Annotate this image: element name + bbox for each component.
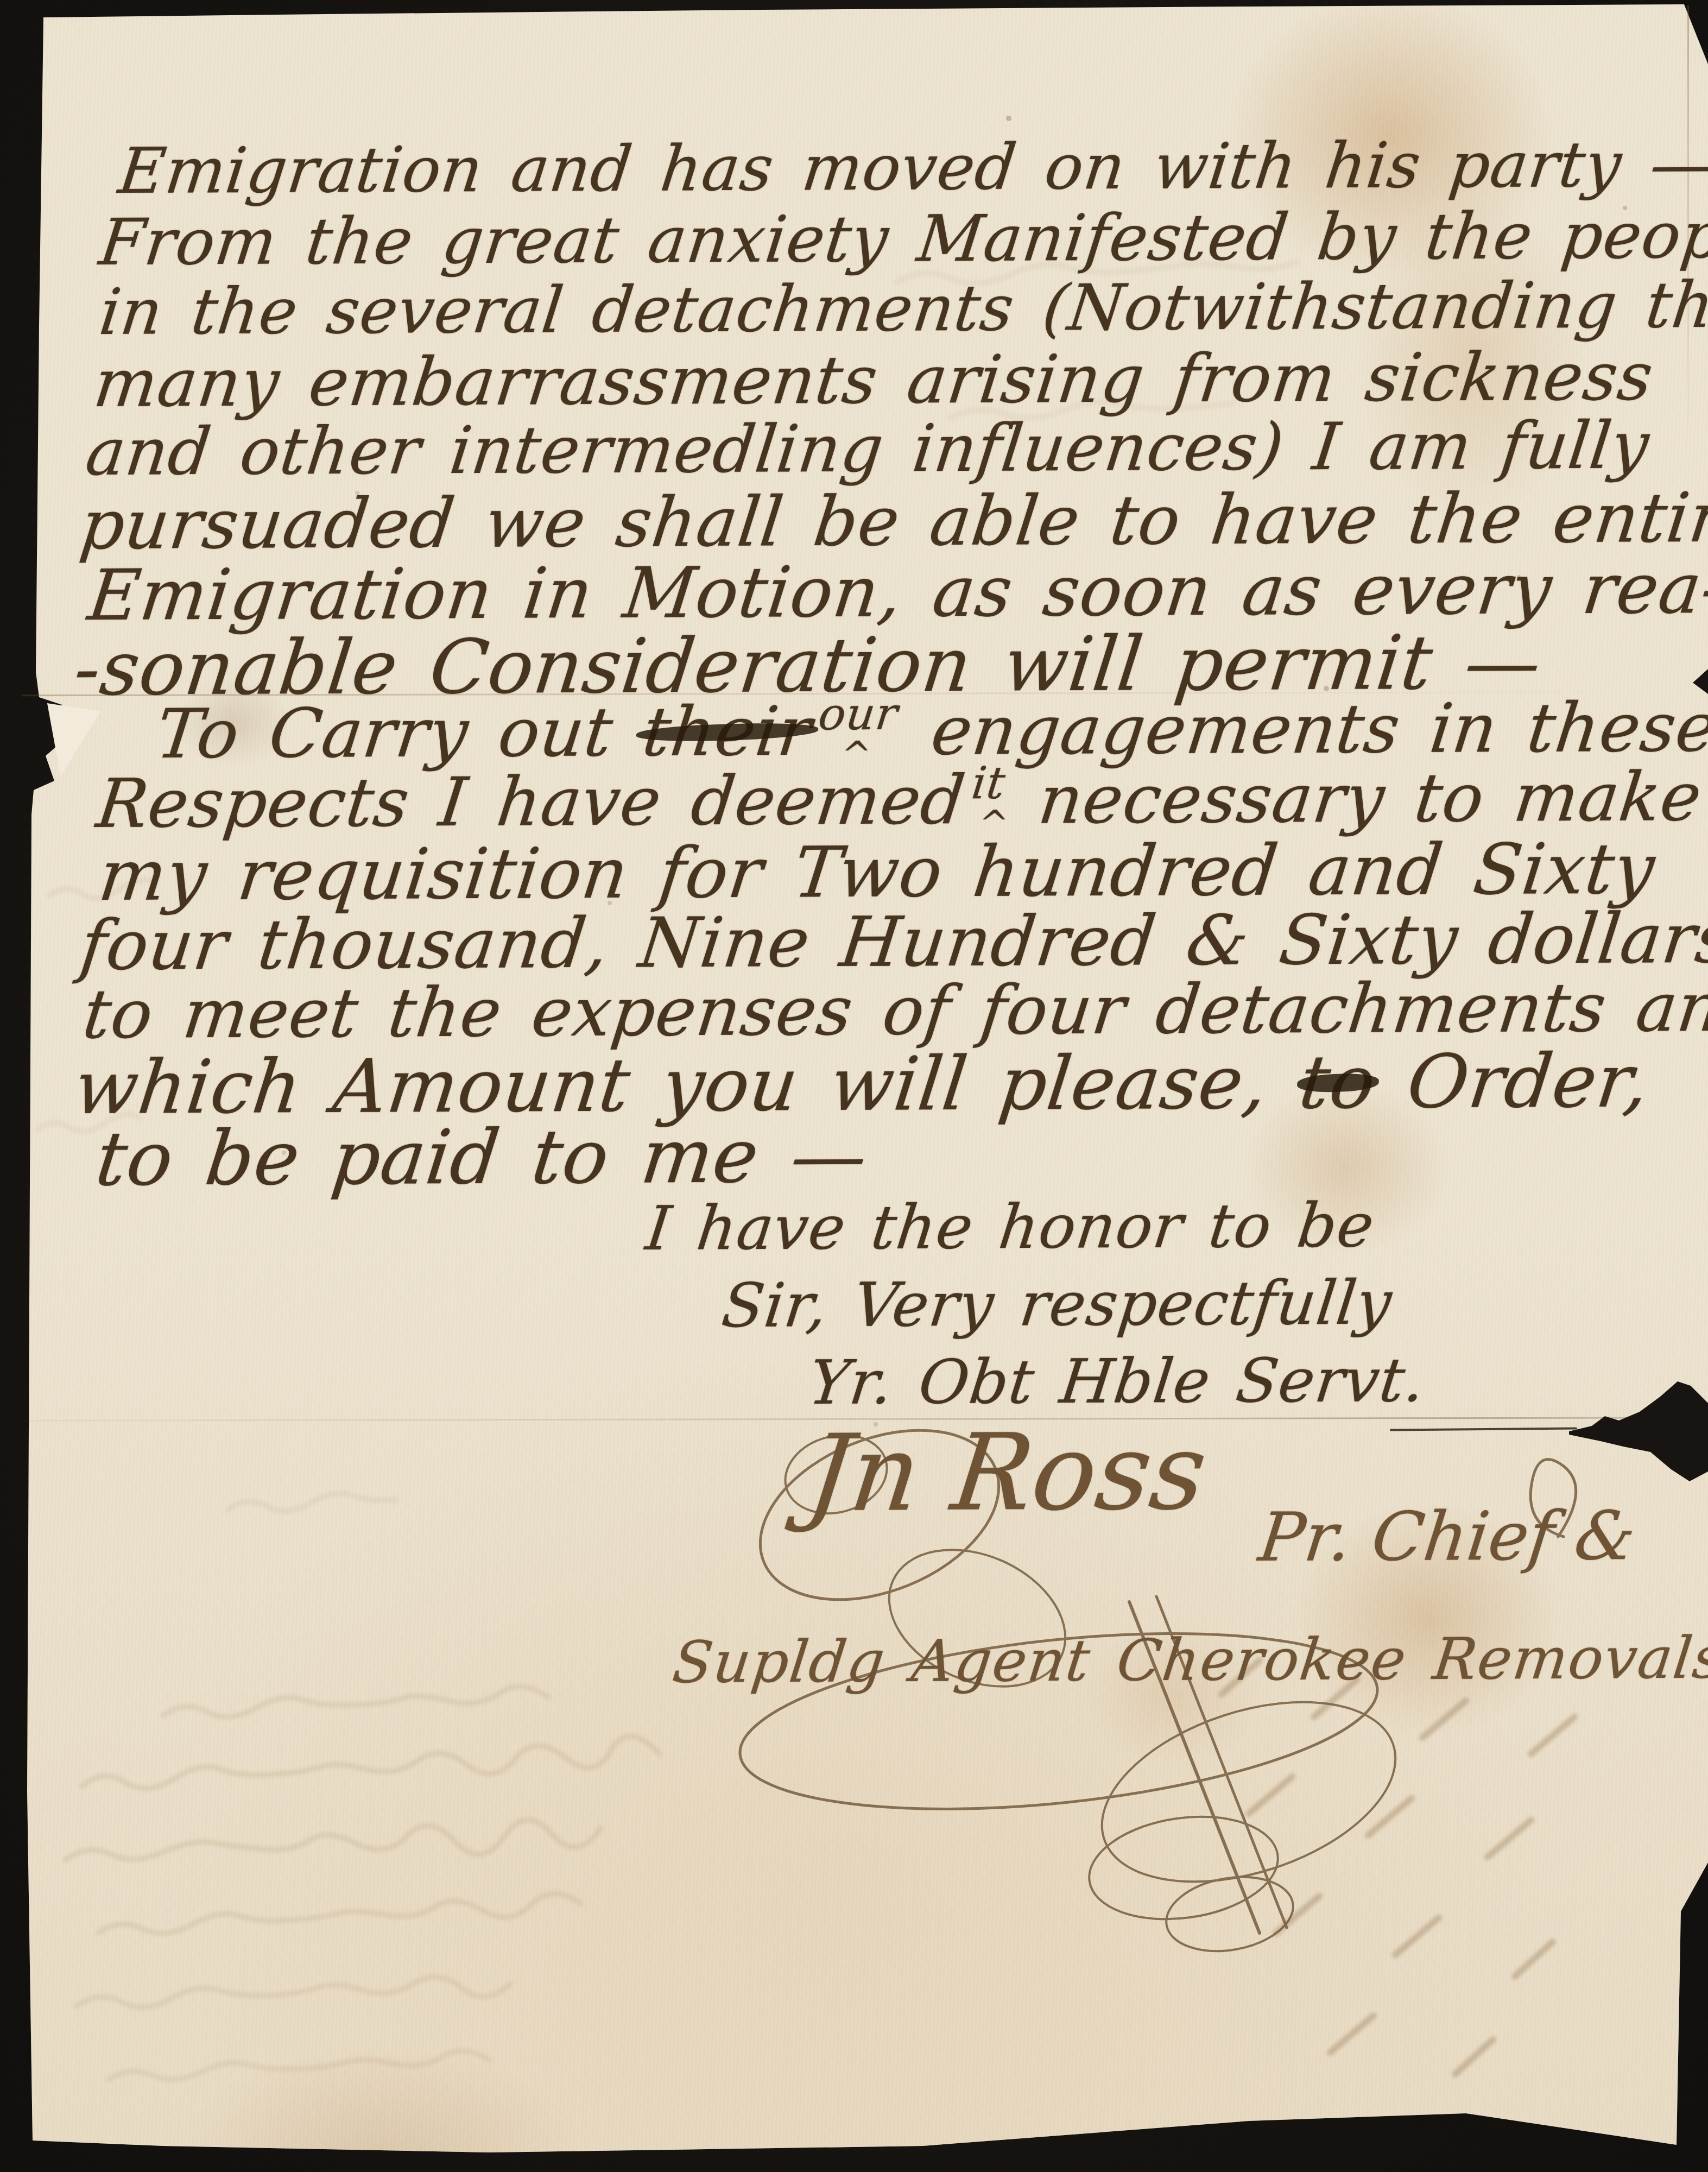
letter-line: in the several detachments (Notwithstand…: [96, 267, 1708, 345]
letter-line: Respects I have deemedit necessary to ma…: [93, 757, 1708, 835]
letter-line: To Carry out theirour engagements in the…: [153, 687, 1708, 765]
foxing-specks: [0, 0, 3, 3]
signature-role-line: Supldg Agent Cherokee Removals —: [669, 1624, 1708, 1696]
manuscript-scan: Emigration and has moved on with his par…: [0, 0, 1708, 2172]
text-segment: to be paid to me —: [92, 1112, 872, 1203]
text-segment: in the several detachments (Notwithstand…: [96, 268, 1708, 349]
closing-line: Sir, Very respectfully: [718, 1267, 1429, 1348]
closing-line: I have the honor to be: [642, 1190, 1429, 1271]
letter-line: pursuaded we shall be able to have the e…: [77, 477, 1708, 555]
letter-line: and other intermedling influences) I am …: [83, 407, 1708, 485]
letter-line: to meet the expenses of four detachments…: [80, 968, 1708, 1045]
letter-line: to be paid to me —: [93, 1108, 1708, 1185]
letter-line: four thousand, Nine Hundred & Sixty doll…: [77, 898, 1708, 975]
text-segment: To Carry out: [152, 693, 648, 774]
letter-line: many embarrassments arising from sicknes…: [91, 337, 1708, 415]
letter-line: which Amount you will please, to Order,: [72, 1038, 1708, 1115]
letter-line: Emigration in Motion, as soon as every r…: [85, 547, 1708, 625]
text-segment: and other intermedling influences) I am …: [82, 408, 1653, 490]
signature-title: Pr. Chief &: [1255, 1497, 1640, 1577]
signature-name: Jn Ross: [802, 1410, 1213, 1535]
struck-word: their: [638, 692, 816, 772]
letter-line: Emigration and has moved on with his par…: [115, 127, 1708, 205]
text-segment: Emigration and has moved on with his par…: [115, 128, 1708, 208]
letter-line: -sonable Consideration will permit —: [72, 617, 1708, 695]
text-segment: From the great anxiety Manifested by the…: [96, 197, 1708, 280]
letter-line: my requisition for Two hundred and Sixty: [96, 828, 1708, 905]
letter-line: From the great anxiety Manifested by the…: [96, 197, 1708, 275]
letter-body: Emigration and has moved on with his par…: [81, 135, 1708, 1185]
insert-word: our: [816, 688, 901, 741]
closing-block: I have the honor to beSir, Very respectf…: [646, 1194, 1424, 1425]
insert-word: it: [969, 757, 1008, 809]
text-segment: Respects I have deemed: [93, 761, 970, 843]
text-segment: necessary to make this: [1004, 757, 1708, 839]
